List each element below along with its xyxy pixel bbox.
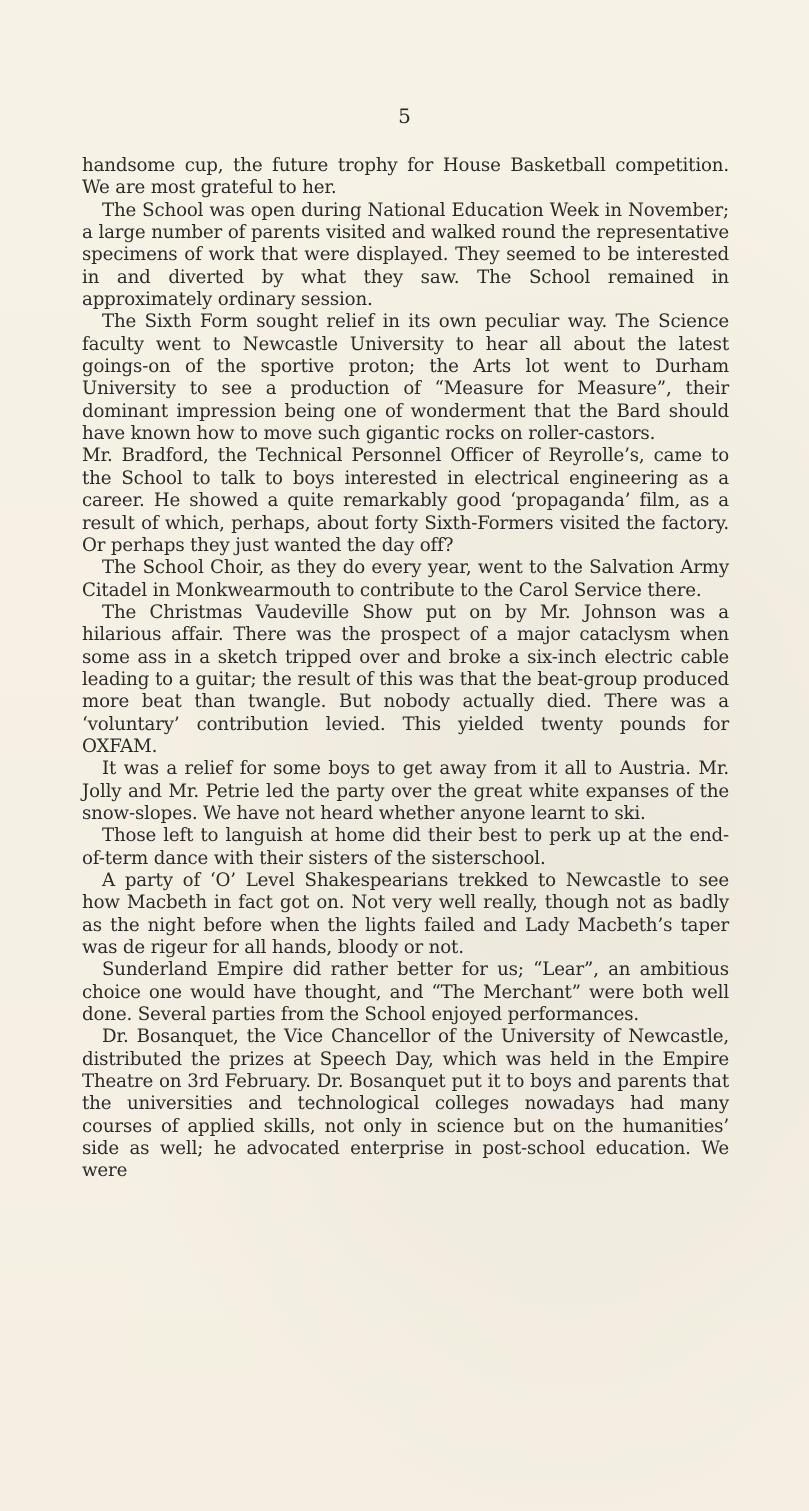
page-number: 5 (0, 104, 809, 128)
paragraph-school-choir: The School Choir, as they do every year,… (82, 557, 729, 602)
body-text: handsome cup, the future trophy for Hous… (82, 155, 729, 1183)
document-page: 5 handsome cup, the future trophy for Ho… (0, 0, 809, 1511)
paragraph-education-week: The School was open during National Educ… (82, 200, 729, 312)
paragraph-macbeth-trip: A party of ‘O’ Level Shakespearians trek… (82, 870, 729, 959)
paragraph-basketball-cup: handsome cup, the future trophy for Hous… (82, 155, 729, 200)
paragraph-sixth-form: The Sixth Form sought relief in its own … (82, 311, 729, 445)
paragraph-reyrolles-visit: Mr. Bradford, the Technical Personnel Of… (82, 445, 729, 557)
paragraph-austria-trip: It was a relief for some boys to get awa… (82, 758, 729, 825)
paragraph-end-of-term-dance: Those left to languish at home did their… (82, 825, 729, 870)
paragraph-speech-day: Dr. Bosanquet, the Vice Chancellor of th… (82, 1026, 729, 1182)
paragraph-sunderland-empire: Sunderland Empire did rather better for … (82, 959, 729, 1026)
paragraph-vaudeville-show: The Christmas Vaudeville Show put on by … (82, 602, 729, 758)
